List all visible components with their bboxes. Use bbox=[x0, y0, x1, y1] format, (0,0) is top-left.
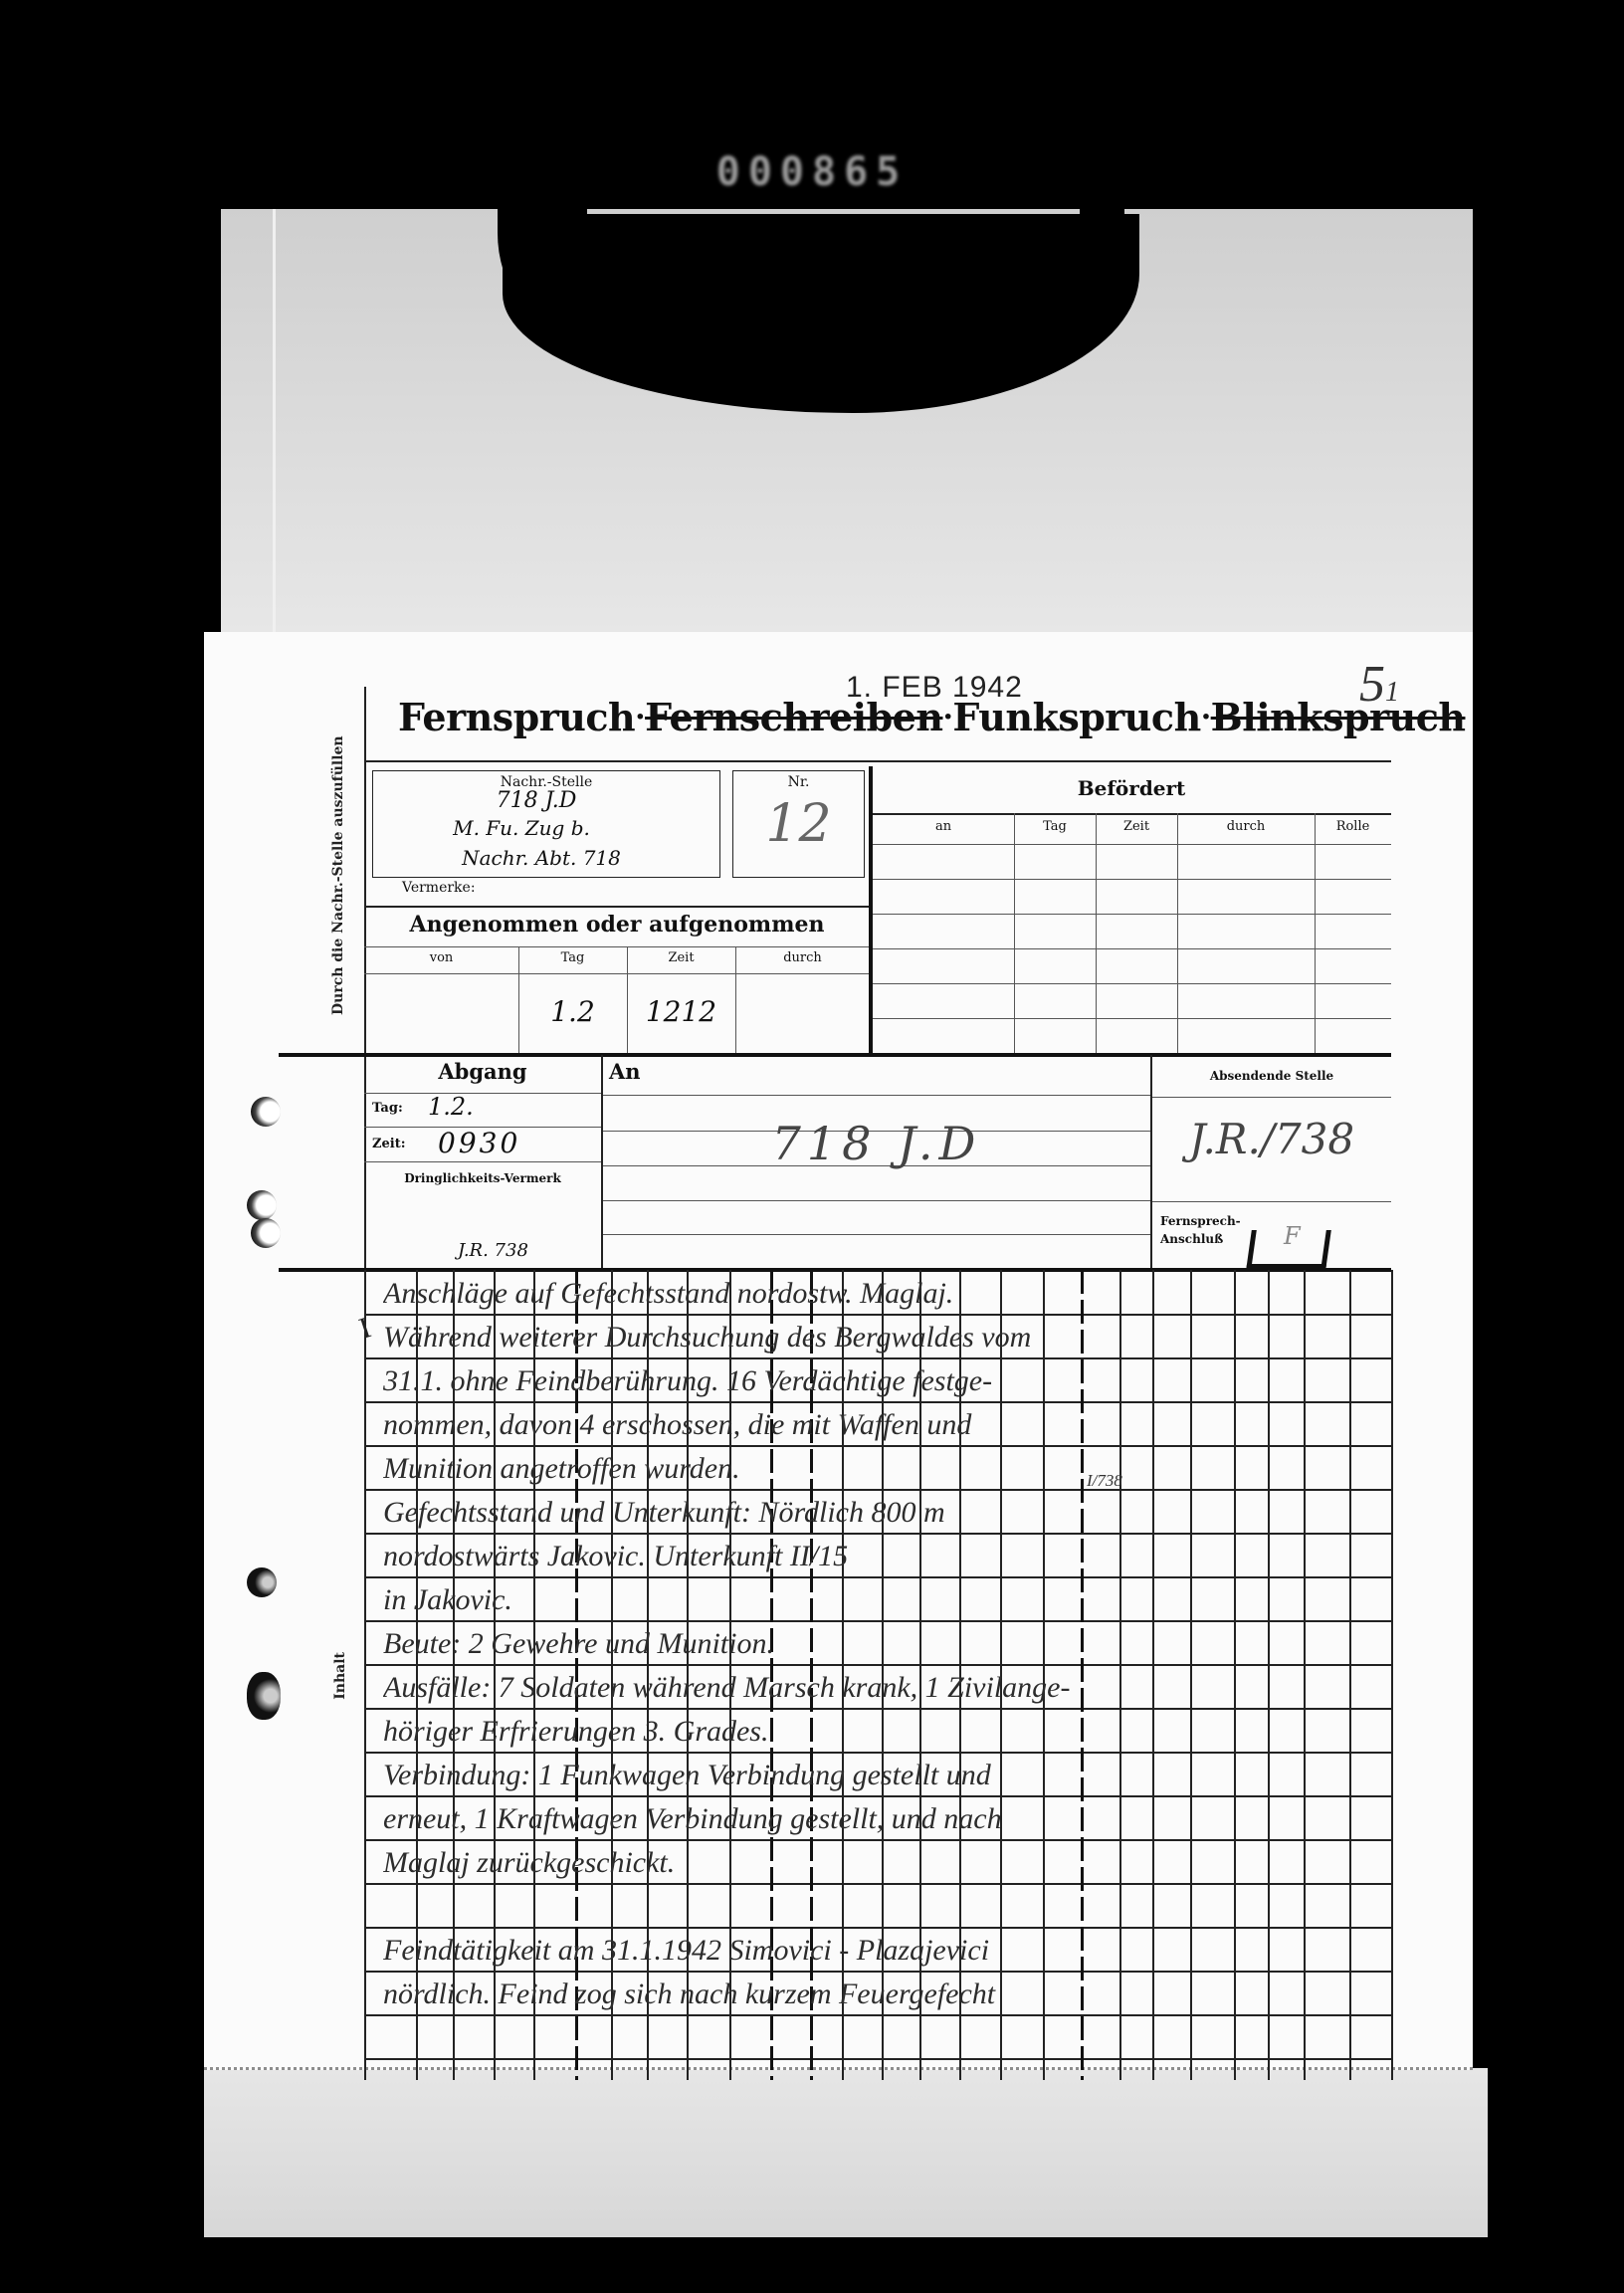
punch-hole-icon bbox=[251, 1097, 281, 1127]
title-separator: · bbox=[1201, 700, 1211, 734]
angenommen-col-durch: durch bbox=[735, 950, 870, 965]
content-col-rule bbox=[364, 1270, 366, 2080]
befoerdert-col-rolle: Rolle bbox=[1315, 819, 1391, 834]
punch-hole-icon bbox=[247, 1567, 277, 1597]
absender-rule bbox=[1152, 1201, 1391, 1202]
form-title: Fernspruch · Fernschreiben · Funkspruch … bbox=[398, 687, 1393, 746]
dringlichkeit-label: Dringlichkeits-Vermerk bbox=[364, 1171, 601, 1185]
nachr-stelle-line-3: Nachr. Abt. 718 bbox=[372, 846, 710, 870]
an-rule bbox=[603, 1200, 1150, 1201]
nr-label: Nr. bbox=[732, 774, 865, 790]
side-label-nachr: Durch die Nachr.-Stelle auszufüllen bbox=[330, 756, 346, 1015]
microfilm-frame-number: 000865 bbox=[673, 149, 951, 199]
befoerdert-title: Befördert bbox=[873, 776, 1390, 800]
bottom-sheet bbox=[204, 2068, 1488, 2237]
content-line: Beute: 2 Gewehre und Munition. bbox=[383, 1620, 1368, 1668]
an-value: 718 J.D bbox=[603, 1117, 1150, 1170]
side-label-inhalt: Inhalt bbox=[332, 1652, 348, 1700]
angenommen-title: Angenommen oder aufgenommen bbox=[364, 912, 870, 938]
content-line: Feindtätigkeit am 31.1.1942 Simovici - P… bbox=[383, 1927, 1368, 1975]
content-line: Während weiterer Durchsuchung des Bergwa… bbox=[383, 1314, 1368, 1361]
content-line: 31.1. ohne Feindberührung. 16 Verdächtig… bbox=[383, 1357, 1368, 1405]
content-col-rule bbox=[1391, 1270, 1393, 2080]
fernsprech-label-1: Fernsprech- bbox=[1160, 1214, 1241, 1228]
content-line: Maglaj zurückgeschickt. bbox=[383, 1839, 1368, 1887]
punch-hole-icon bbox=[247, 1672, 281, 1720]
title-blinkspruch: Blinkspruch bbox=[1211, 695, 1466, 739]
sheet-fold bbox=[273, 209, 276, 677]
befoerdert-left-border bbox=[869, 766, 873, 1055]
redaction-tab bbox=[1080, 209, 1124, 309]
an-rule bbox=[603, 1234, 1150, 1235]
punch-hole-icon bbox=[251, 1218, 281, 1248]
befoerdert-row-rule bbox=[873, 983, 1391, 984]
header-top-rule bbox=[364, 760, 1391, 762]
an-rule bbox=[603, 1095, 1150, 1096]
content-line: erneut, 1 Kraftwagen Verbindung gestellt… bbox=[383, 1795, 1368, 1843]
nr-value: 12 bbox=[732, 794, 865, 854]
abgang-zeit-label: Zeit: bbox=[372, 1137, 406, 1151]
angenommen-rule bbox=[364, 946, 870, 947]
befoerdert-row-rule bbox=[873, 879, 1391, 880]
absender-label: Absendende Stelle bbox=[1152, 1069, 1391, 1083]
abgang-tag-label: Tag: bbox=[372, 1101, 403, 1116]
content-line: höriger Erfrierungen 3. Grades. bbox=[383, 1708, 1368, 1756]
befoerdert-row-rule bbox=[873, 1018, 1391, 1019]
abgang-rule bbox=[364, 1161, 601, 1162]
angenommen-col-tag: Tag bbox=[518, 950, 627, 965]
befoerdert-col-rule bbox=[1014, 813, 1015, 1055]
title-separator: · bbox=[635, 700, 645, 734]
content-row-rule bbox=[364, 2058, 1391, 2060]
title-fernspruch: Fernspruch bbox=[398, 695, 635, 739]
fernsprech-label-2: Anschluß bbox=[1160, 1232, 1223, 1246]
befoerdert-col-zeit: Zeit bbox=[1096, 819, 1177, 834]
befoerdert-row-rule bbox=[873, 948, 1391, 949]
angenommen-zeit-value: 1212 bbox=[627, 995, 735, 1028]
content-line: Anschläge auf Gefechtsstand nordostw. Ma… bbox=[383, 1270, 1368, 1318]
befoerdert-col-rule bbox=[1315, 813, 1316, 1055]
angenommen-tag-value: 1.2 bbox=[518, 995, 627, 1028]
an-label: An bbox=[609, 1059, 641, 1084]
angenommen-col-von: von bbox=[364, 950, 518, 965]
angenommen-top-rule bbox=[364, 906, 870, 908]
befoerdert-col-an: an bbox=[873, 819, 1014, 834]
vermerke-label: Vermerke: bbox=[402, 880, 476, 896]
title-fernschreiben: Fernschreiben bbox=[645, 695, 942, 739]
angenommen-rule bbox=[364, 973, 870, 974]
abgang-rule bbox=[364, 1093, 601, 1094]
nachr-stelle-line-1: 718 J.D bbox=[372, 788, 701, 813]
abgang-title: Abgang bbox=[364, 1059, 601, 1084]
title-funkspruch: Funkspruch bbox=[952, 695, 1200, 739]
fernsprech-bracket-mark bbox=[1246, 1230, 1331, 1270]
abgang-zeit-value: 0930 bbox=[438, 1127, 520, 1159]
abgang-signature: J.R. 738 bbox=[458, 1240, 528, 1261]
content-line: Gefechtsstand und Unterkunft: Nördlich 8… bbox=[383, 1489, 1368, 1537]
befoerdert-col-durch: durch bbox=[1177, 819, 1315, 834]
content-line: nördlich. Feind zog sich nach kurzem Feu… bbox=[383, 1971, 1368, 2018]
befoerdert-rule bbox=[873, 813, 1391, 815]
abgang-tag-value: 1.2. bbox=[428, 1093, 474, 1121]
title-separator: · bbox=[942, 700, 952, 734]
mid-rule bbox=[279, 1053, 1391, 1057]
content-line: in Jakovic. bbox=[383, 1576, 1368, 1624]
content-line: Ausfälle: 7 Soldaten während Marsch kran… bbox=[383, 1664, 1368, 1712]
content-line: Verbindung: 1 Funkwagen Verbindung geste… bbox=[383, 1752, 1368, 1799]
content-line bbox=[383, 1883, 1368, 1931]
nachr-stelle-line-2: M. Fu. Zug b. bbox=[372, 816, 671, 840]
angenommen-col-zeit: Zeit bbox=[627, 950, 735, 965]
befoerdert-col-rule bbox=[1177, 813, 1178, 1055]
punch-hole-icon bbox=[247, 1190, 277, 1220]
befoerdert-col-rule bbox=[1096, 813, 1097, 1055]
befoerdert-row-rule bbox=[873, 914, 1391, 915]
content-line: nordostwärts Jakovic. Unterkunft II/15 bbox=[383, 1533, 1368, 1580]
content-line: Munition angetroffen wurden. bbox=[383, 1445, 1368, 1493]
befoerdert-row-rule bbox=[873, 844, 1391, 845]
content-line: nommen, davon 4 erschossen, die mit Waff… bbox=[383, 1401, 1368, 1449]
absender-value: J.R./738 bbox=[1152, 1115, 1391, 1163]
befoerdert-col-tag: Tag bbox=[1014, 819, 1096, 834]
absender-rule bbox=[1152, 1097, 1391, 1098]
